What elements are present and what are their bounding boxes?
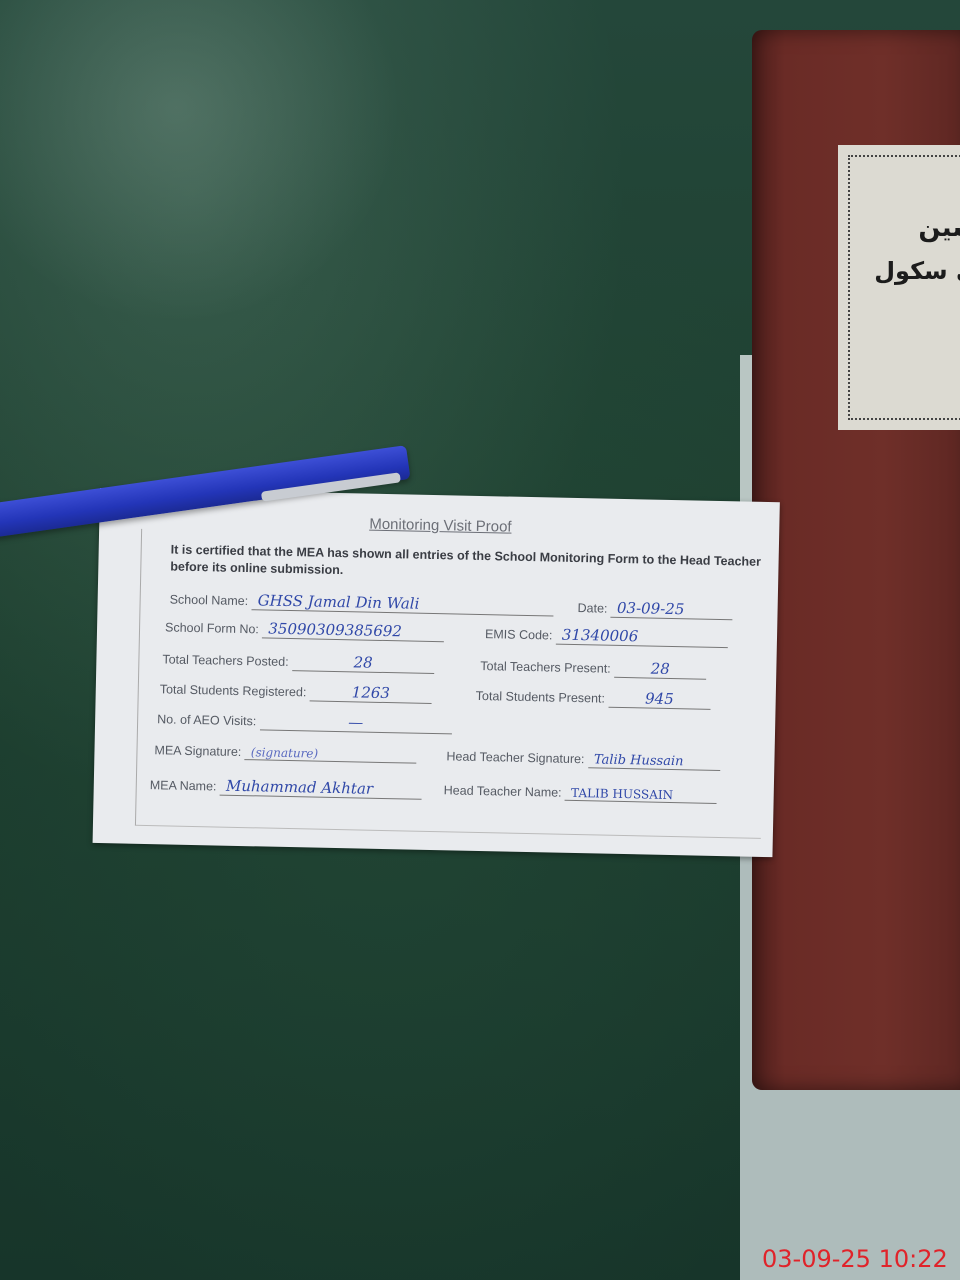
date-value: 03-09-25 [611,599,733,621]
head-teacher-name-label: Head Teacher Name: [444,783,562,799]
school-form-no-label: School Form No: [165,620,259,636]
date-row: Date: 03-09-25 [577,598,733,620]
mea-name-label: MEA Name: [150,778,217,793]
teachers-posted-label: Total Teachers Posted: [162,652,288,669]
teachers-present-value: 28 [614,659,706,680]
book-label: سین ی سکول [838,145,960,430]
students-present-label: Total Students Present: [476,689,606,706]
teachers-present-label: Total Teachers Present: [480,659,611,676]
students-registered-value: 1263 [310,682,432,704]
head-teacher-name-value: TALIB HUSSAIN [565,786,717,804]
date-label: Date: [577,601,607,616]
emis-code-label: EMIS Code: [485,627,553,642]
emis-code-value: 31340006 [556,626,728,649]
aeo-visits-label: No. of AEO Visits: [157,712,256,728]
monitoring-visit-proof-slip: Monitoring Visit Proof It is certified t… [93,488,780,857]
aeo-visits-value: — [260,711,452,734]
camera-timestamp: 03-09-25 10:22 [762,1245,948,1273]
head-teacher-signature-value: Talib Hussain [588,752,720,771]
book-label-line2: ی سکول [874,257,960,285]
glass-reflection [0,0,440,360]
students-registered-label: Total Students Registered: [160,682,307,699]
book-label-line1: سین [918,213,960,243]
teachers-posted-value: 28 [292,652,434,674]
form-title: Monitoring Visit Proof [369,516,512,536]
school-name-label: School Name: [170,592,249,608]
head-teacher-signature-label: Head Teacher Signature: [446,749,584,766]
mea-signature-label: MEA Signature: [154,743,241,759]
students-present-value: 945 [608,689,710,710]
school-form-no-value: 35090309385692 [262,619,444,642]
dotted-border [848,155,960,420]
